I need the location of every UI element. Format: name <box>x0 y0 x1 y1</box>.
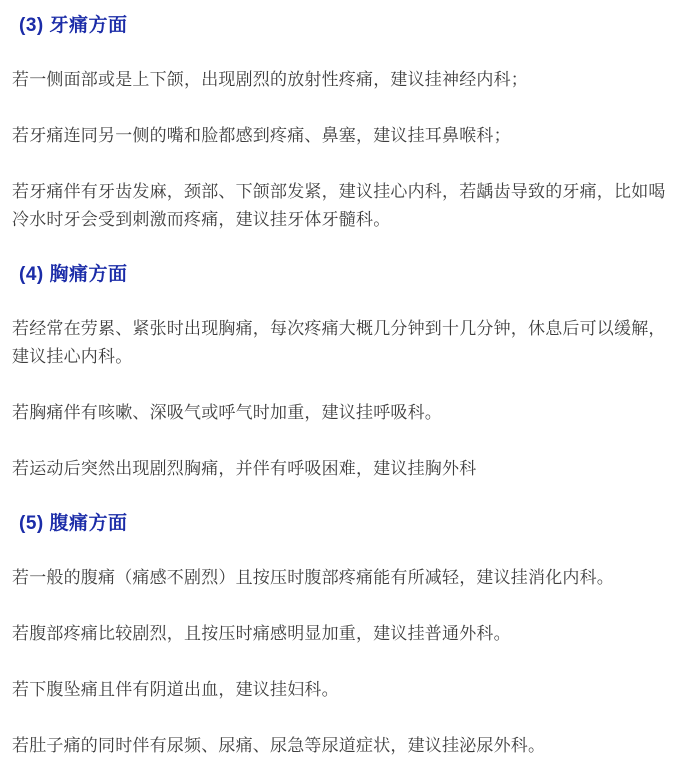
paragraph: 若牙痛连同另一侧的嘴和脸都感到疼痛、鼻塞，建议挂耳鼻喉科； <box>12 122 672 150</box>
section-heading-toothache: (3) 牙痛方面 <box>19 13 672 38</box>
paragraph: 若肚子痛的同时伴有尿频、尿痛、尿急等尿道症状，建议挂泌尿外科。 <box>12 732 672 760</box>
section-heading-chest-pain: (4) 胸痛方面 <box>19 262 672 287</box>
article-content: (3) 牙痛方面 若一侧面部或是上下颌，出现剧烈的放射性疼痛，建议挂神经内科； … <box>0 0 686 760</box>
paragraph: 若牙痛伴有牙齿发麻，颈部、下颌部发紧，建议挂心内科，若龋齿导致的牙痛，比如喝冷水… <box>12 178 672 234</box>
paragraph: 若下腹坠痛且伴有阴道出血，建议挂妇科。 <box>12 676 672 704</box>
paragraph: 若运动后突然出现剧烈胸痛，并伴有呼吸困难，建议挂胸外科 <box>12 455 672 483</box>
paragraph: 若胸痛伴有咳嗽、深吸气或呼气时加重，建议挂呼吸科。 <box>12 399 672 427</box>
section-heading-abdominal-pain: (5) 腹痛方面 <box>19 511 672 536</box>
paragraph: 若一侧面部或是上下颌，出现剧烈的放射性疼痛，建议挂神经内科； <box>12 66 672 94</box>
paragraph: 若一般的腹痛（痛感不剧烈）且按压时腹部疼痛能有所减轻，建议挂消化内科。 <box>12 564 672 592</box>
paragraph: 若腹部疼痛比较剧烈，且按压时痛感明显加重，建议挂普通外科。 <box>12 620 672 648</box>
paragraph: 若经常在劳累、紧张时出现胸痛，每次疼痛大概几分钟到十几分钟，休息后可以缓解，建议… <box>12 315 672 371</box>
